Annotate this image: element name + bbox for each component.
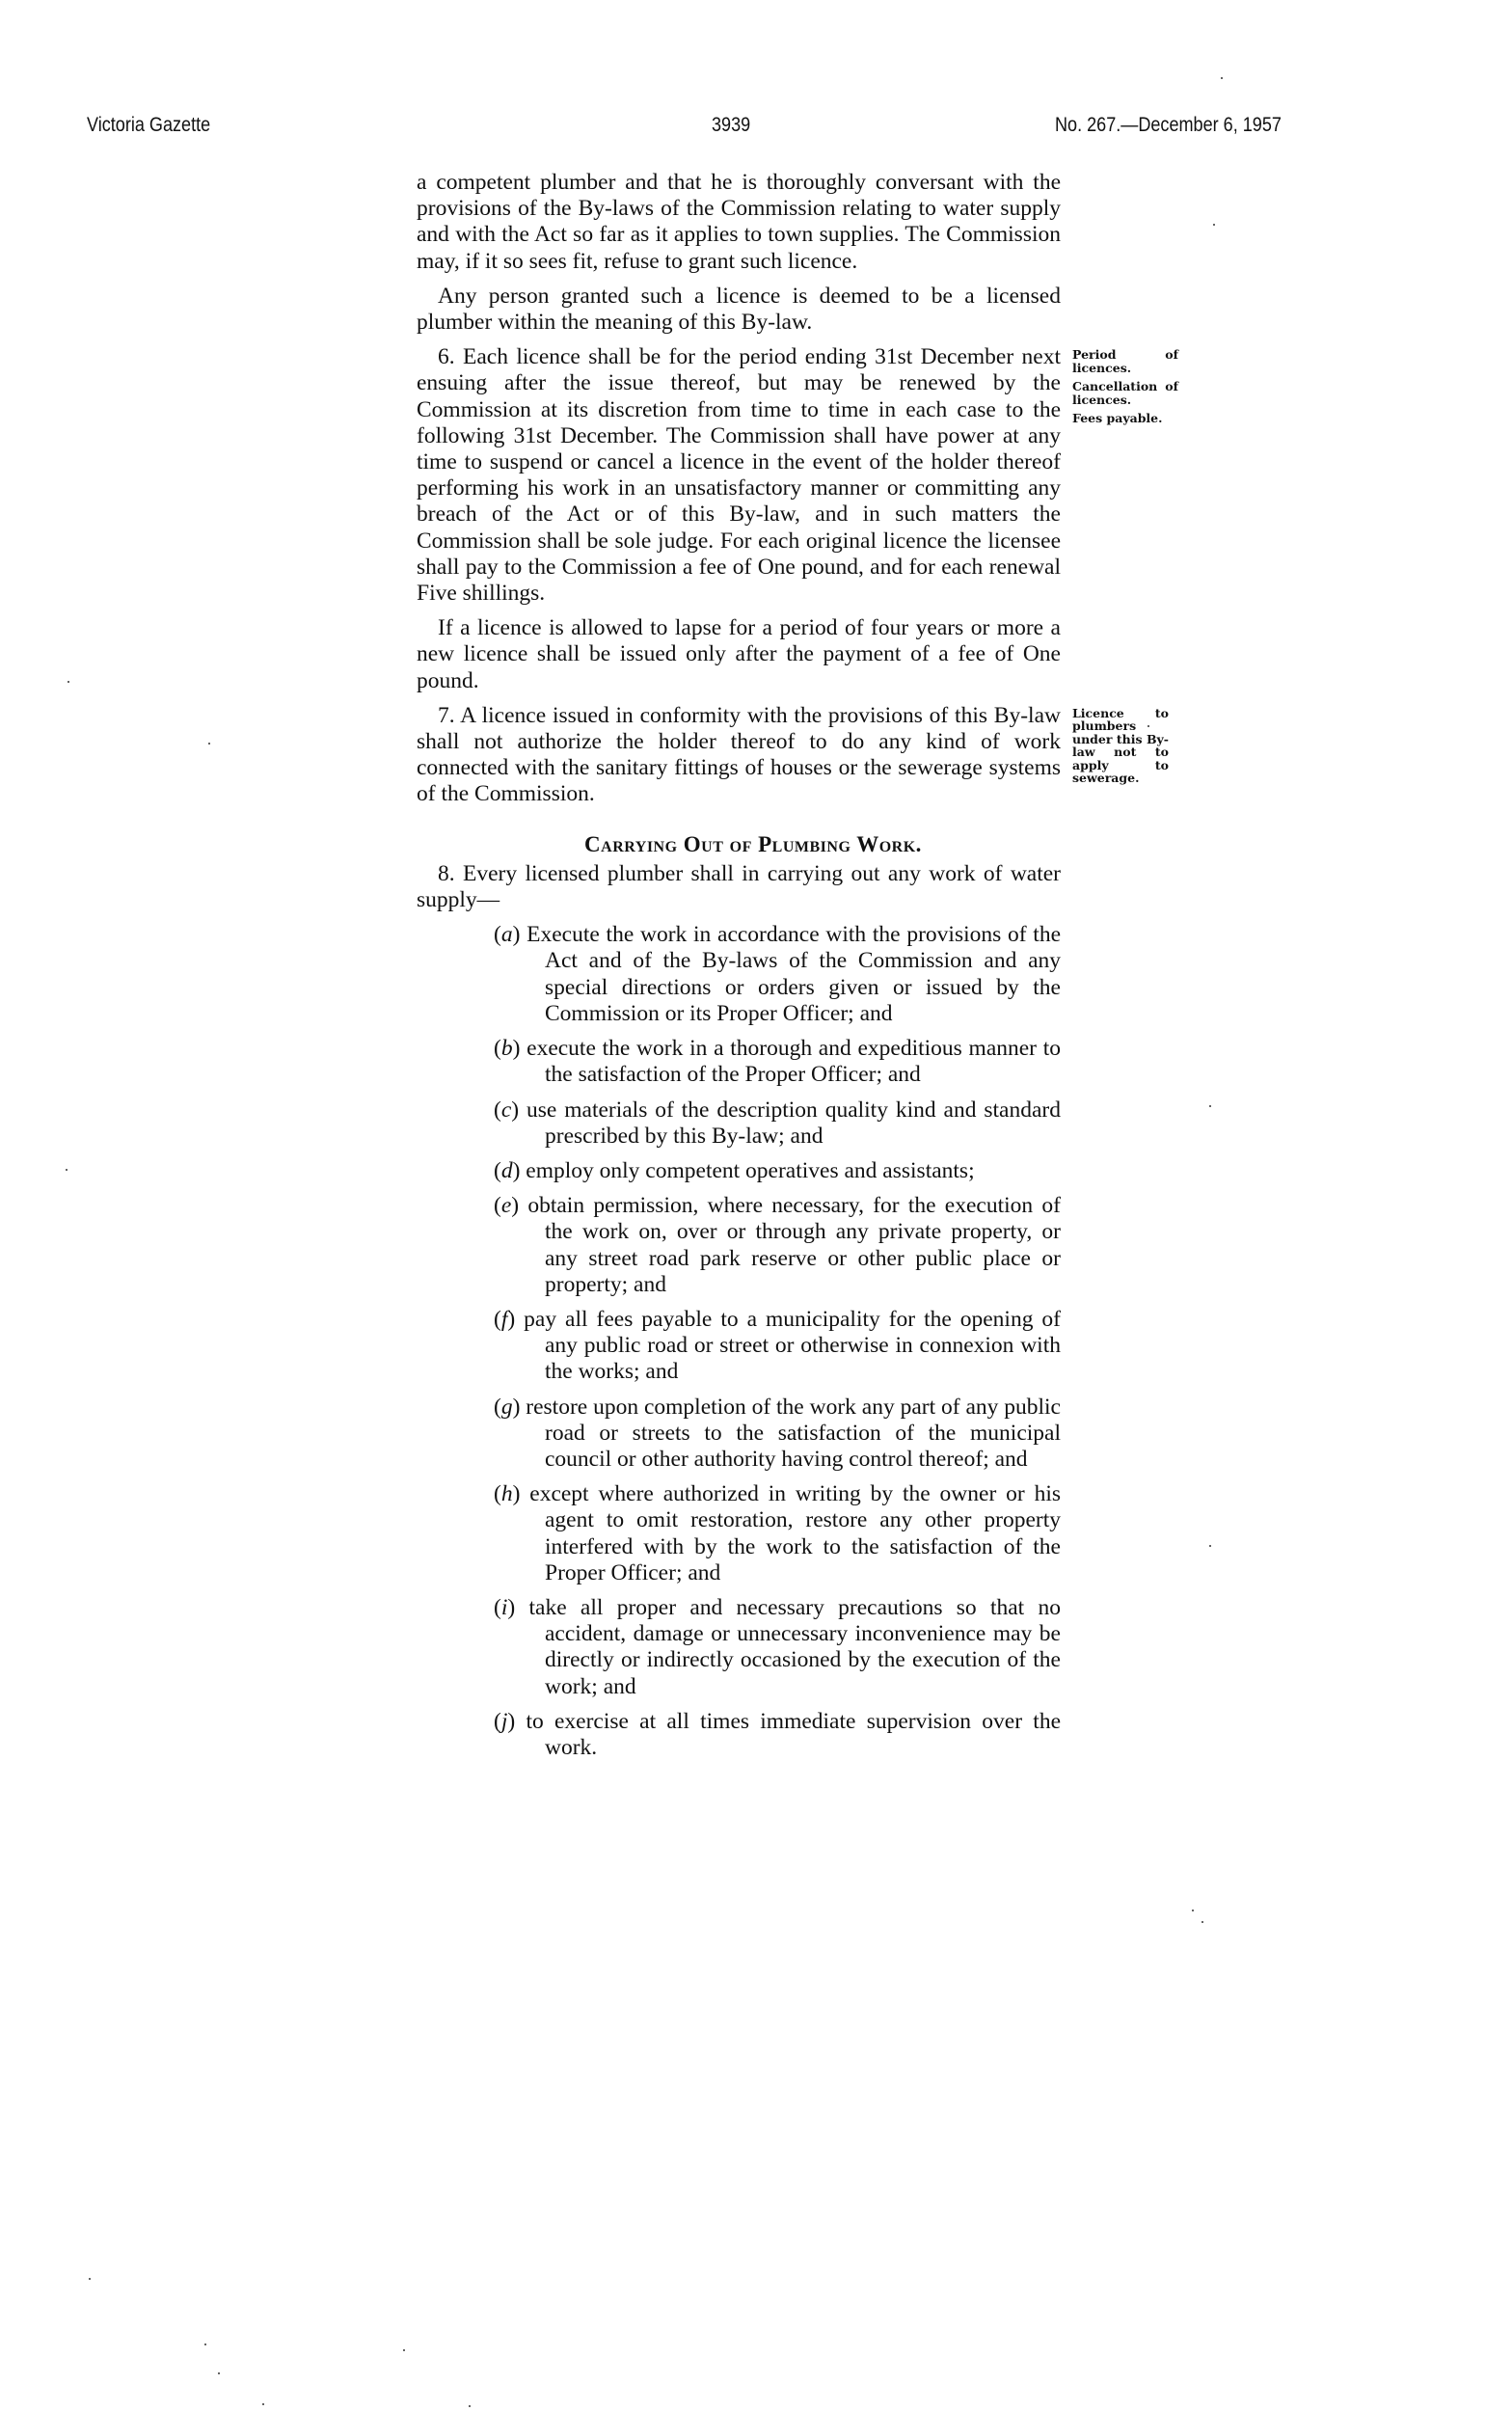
- scan-speck: [67, 681, 69, 683]
- clause-text: except where authorized in writing by th…: [529, 1481, 1061, 1585]
- section-text: Each licence shall be for the period end…: [417, 344, 1061, 606]
- section-text: A licence issued in conformity with the …: [417, 703, 1061, 807]
- scan-speck: [1147, 725, 1149, 727]
- section-7: 7. A licence issued in conformity with t…: [417, 703, 1061, 808]
- clause-item: (j) to exercise at all times immediate s…: [417, 1709, 1061, 1761]
- clause-text: pay all fees payable to a municipality f…: [524, 1307, 1061, 1384]
- scan-speck: [204, 2343, 206, 2345]
- paragraph-lapse: If a licence is allowed to lapse for a p…: [417, 615, 1061, 694]
- clause-list: (a) Execute the work in accordance with …: [417, 922, 1061, 1761]
- clause-item: (h) except where authorized in writing b…: [417, 1481, 1061, 1586]
- scan-speck: [89, 2278, 91, 2280]
- clause-text: employ only competent operatives and ass…: [526, 1158, 974, 1183]
- clause-label: (h): [494, 1481, 529, 1506]
- scan-speck: [403, 2349, 405, 2351]
- paragraph-deemed-licensed: Any person granted such a licence is dee…: [417, 284, 1061, 336]
- text-column: a competent plumber and that he is thoro…: [417, 170, 1061, 1770]
- scan-speck: [1201, 1921, 1203, 1923]
- scan-speck: [1192, 1910, 1194, 1911]
- clause-item: (d) employ only competent operatives and…: [417, 1158, 1061, 1184]
- section-heading: Carrying Out of Plumbing Work.: [417, 831, 1061, 857]
- section-6: 6. Each licence shall be for the period …: [417, 344, 1061, 607]
- section-number: 6.: [438, 344, 455, 369]
- paragraph-continuation: a competent plumber and that he is thoro…: [417, 170, 1061, 275]
- clause-label: (i): [494, 1595, 528, 1620]
- scan-speck: [262, 2403, 264, 2405]
- margin-notes-section-6: Period of licences. Cancellation of lice…: [1072, 348, 1178, 431]
- clause-text: use materials of the description quality…: [526, 1097, 1061, 1149]
- issue-date: No. 267.—December 6, 1957: [1055, 114, 1282, 137]
- clause-item: (b) execute the work in a thorough and e…: [417, 1036, 1061, 1088]
- clause-letter: g: [501, 1395, 513, 1420]
- clause-label: (d): [494, 1158, 526, 1183]
- clause-text: obtain permission, where necessary, for …: [527, 1193, 1061, 1297]
- clause-label: (a): [494, 922, 526, 947]
- clause-letter: a: [501, 922, 513, 947]
- section-intro: Every licensed plumber shall in carrying…: [417, 861, 1061, 912]
- clause-item: (i) take all proper and necessary precau…: [417, 1595, 1061, 1700]
- scan-speck: [1209, 1105, 1211, 1107]
- clause-label: (f): [494, 1307, 524, 1332]
- clause-label: (b): [494, 1036, 526, 1061]
- page-number: 3939: [712, 114, 750, 137]
- clause-item: (g) restore upon completion of the work …: [417, 1395, 1061, 1474]
- clause-text: to exercise at all times immediate super…: [526, 1709, 1061, 1760]
- clause-item: (a) Execute the work in accordance with …: [417, 922, 1061, 1027]
- scan-speck: [218, 2372, 220, 2374]
- clause-item: (e) obtain permission, where necessary, …: [417, 1193, 1061, 1298]
- scan-speck: [469, 2405, 471, 2407]
- clause-item: (f) pay all fees payable to a municipali…: [417, 1307, 1061, 1386]
- clause-letter: d: [501, 1158, 513, 1183]
- section-8: 8. Every licensed plumber shall in carry…: [417, 861, 1061, 913]
- clause-letter: c: [501, 1097, 511, 1123]
- clause-label: (c): [494, 1097, 526, 1123]
- clause-item: (c) use materials of the description qua…: [417, 1097, 1061, 1150]
- scan-speck: [208, 743, 210, 745]
- clause-label: (j): [494, 1709, 526, 1734]
- margin-note: Licence to plumbers under this By-law no…: [1072, 707, 1169, 785]
- clause-text: execute the work in a thorough and exped…: [526, 1036, 1061, 1087]
- clause-text: restore upon completion of the work any …: [526, 1395, 1061, 1472]
- margin-notes-section-7: Licence to plumbers under this By-law no…: [1072, 707, 1169, 791]
- scan-speck: [66, 1169, 67, 1171]
- clause-label: (g): [494, 1395, 526, 1420]
- publication-title: Victoria Gazette: [87, 114, 210, 137]
- clause-letter: b: [501, 1036, 513, 1061]
- scan-speck: [1221, 77, 1223, 79]
- margin-note: Period of licences.: [1072, 348, 1178, 374]
- running-head: Victoria Gazette 3939 No. 267.—December …: [0, 114, 1512, 143]
- clause-label: (e): [494, 1193, 527, 1218]
- clause-text: take all proper and necessary precaution…: [528, 1595, 1061, 1699]
- clause-text: Execute the work in accordance with the …: [526, 922, 1061, 1026]
- clause-letter: h: [501, 1481, 513, 1506]
- section-number: 7.: [438, 703, 455, 728]
- section-number: 8.: [438, 861, 455, 886]
- scan-speck: [1209, 1545, 1211, 1547]
- margin-note: Cancellation of licences.: [1072, 380, 1178, 406]
- margin-note: Fees payable.: [1072, 412, 1178, 425]
- scan-speck: [1213, 224, 1215, 226]
- clause-letter: e: [501, 1193, 511, 1218]
